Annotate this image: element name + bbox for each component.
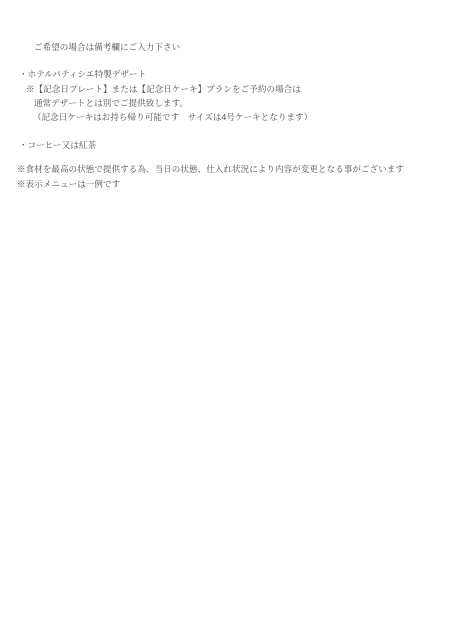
- ingredients-disclaimer-text: ※食材を最高の状態で提供する為、当日の状態、仕入れ状況により内容が変更となる事が…: [17, 164, 404, 175]
- dessert-item-text: ・ホテルパティシエ特製デザート: [19, 69, 146, 80]
- cake-takeout-note-text: （記念日ケーキはお持ち帰り可能です サイズは4号ケーキとなります）: [33, 112, 312, 123]
- menu-notes-document: ご希望の場合は備考欄にご入力下さい ・ホテルパティシエ特製デザート ※【記念日プ…: [0, 0, 452, 640]
- drink-item-text: ・コーヒー又は紅茶: [19, 140, 96, 151]
- menu-sample-disclaimer-text: ※表示メニューは一例です: [17, 179, 120, 190]
- remarks-instruction-text: ご希望の場合は備考欄にご入力下さい: [34, 42, 180, 53]
- anniversary-plan-note-continuation-text: 通常デザートとは別でご提供致します。: [34, 98, 188, 109]
- anniversary-plan-note-text: ※【記念日プレート】または【記念日ケーキ】プランをご予約の場合は: [26, 84, 301, 95]
